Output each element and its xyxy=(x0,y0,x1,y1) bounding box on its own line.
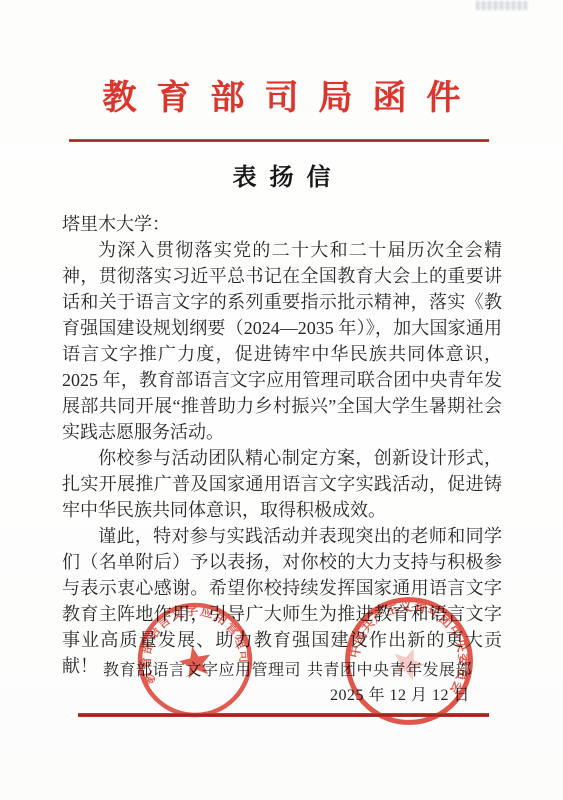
scanned-commendation-letter: 教育部司局函件 表扬信 塔里木大学： 为深入贯彻落实党的二十大和二十届历次全会精… xyxy=(0,0,563,800)
letterhead-rule xyxy=(69,139,489,142)
signature-org-education: 教育部语言文字应用管理司 xyxy=(103,657,301,680)
salutation: 塔里木大学： xyxy=(62,211,502,237)
letter-title: 表扬信 xyxy=(0,157,563,192)
scan-artifact xyxy=(476,1,528,10)
footer-rule xyxy=(78,713,489,717)
paragraph-2: 你校参与活动团队精心制定方案，创新设计形式，扎实开展推广普及国家通用语言文字实践… xyxy=(62,445,502,523)
paragraph-1: 为深入贯彻落实党的二十大和二十届历次全会精神，贯彻落实习近平总书记在全国教育大会… xyxy=(62,237,502,445)
signature-date: 2025 年 12 月 12 日 xyxy=(307,682,470,705)
letterhead-title: 教育部司局函件 xyxy=(0,80,563,118)
letter-body: 塔里木大学： 为深入贯彻落实党的二十大和二十届历次全会精神，贯彻落实习近平总书记… xyxy=(62,211,502,679)
paragraph-3: 谨此，特对参与实践活动并表现突出的老师和同学们（名单附后）予以表扬，对你校的大力… xyxy=(62,523,502,679)
signature-org-youth-league: 共青团中央青年发展部 xyxy=(307,657,472,680)
